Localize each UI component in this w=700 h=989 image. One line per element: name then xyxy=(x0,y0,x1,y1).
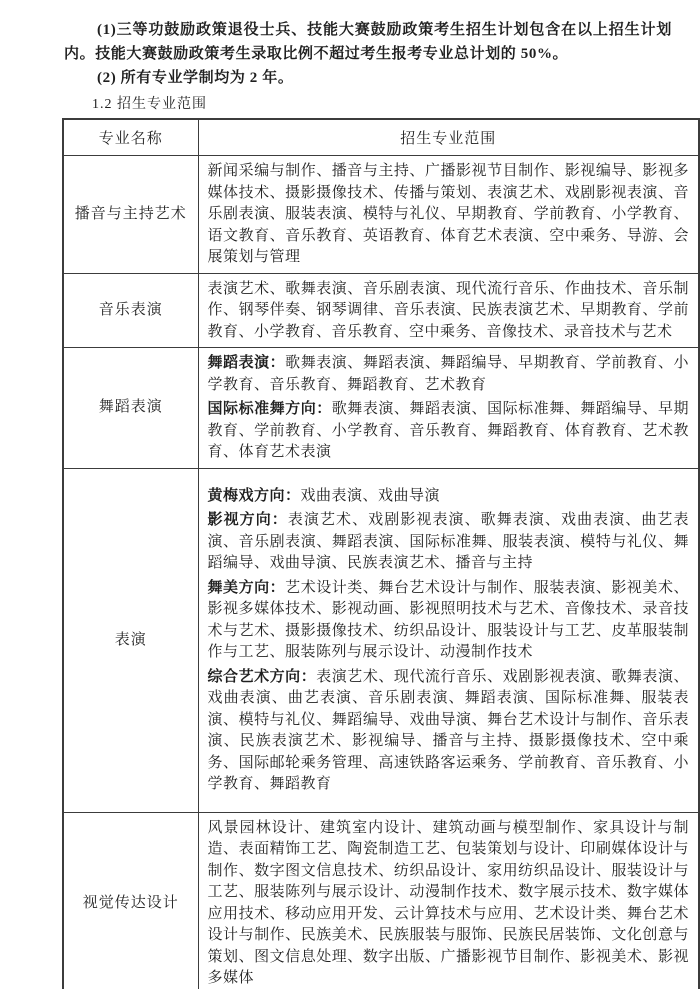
table-row: 播音与主持艺术 新闻采编与制作、播音与主持、广播影视节目制作、影视编导、影视多媒… xyxy=(63,156,699,274)
range-paragraph: 影视方向：表演艺术、戏剧影视表演、歌舞表演、戏曲表演、曲艺表演、音乐剧表演、舞蹈… xyxy=(208,510,690,575)
table-row: 表演 黄梅戏方向：戏曲表演、戏曲导演 影视方向：表演艺术、戏剧影视表演、歌舞表演… xyxy=(63,468,699,812)
range-paragraph: 舞蹈表演：歌舞表演、舞蹈表演、舞蹈编导、早期教育、学前教育、小学教育、音乐教育、… xyxy=(208,353,690,396)
admission-majors-table: 专业名称 招生专业范围 播音与主持艺术 新闻采编与制作、播音与主持、广播影视节目… xyxy=(62,118,700,989)
major-range-cell: 黄梅戏方向：戏曲表演、戏曲导演 影视方向：表演艺术、戏剧影视表演、歌舞表演、戏曲… xyxy=(198,468,699,812)
range-paragraph: 舞美方向：艺术设计类、舞台艺术设计与制作、服装表演、影视美术、影视多媒体技术、影… xyxy=(208,578,690,664)
range-text: 表演艺术、歌舞表演、音乐剧表演、现代流行音乐、作曲技术、音乐制作、钢琴伴奏、钢琴… xyxy=(208,281,690,340)
range-text: 风景园林设计、建筑室内设计、建筑动画与模型制作、家具设计与制造、表面精饰工艺、陶… xyxy=(208,820,690,987)
direction-label: 国际标准舞方向： xyxy=(208,401,332,417)
direction-label: 舞美方向： xyxy=(208,580,286,596)
major-range-cell: 舞蹈表演：歌舞表演、舞蹈表演、舞蹈编导、早期教育、学前教育、小学教育、音乐教育、… xyxy=(198,348,699,469)
section-heading: 1.2 招生专业范围 xyxy=(92,93,700,113)
range-paragraph: 表演艺术、歌舞表演、音乐剧表演、现代流行音乐、作曲技术、音乐制作、钢琴伴奏、钢琴… xyxy=(208,279,690,344)
col-header-major-range: 招生专业范围 xyxy=(198,119,699,156)
note-paragraph-1: (1)三等功鼓励政策退役士兵、技能大赛鼓励政策考生招生计划包含在以上招生计划内。… xyxy=(64,18,672,66)
table-row: 舞蹈表演 舞蹈表演：歌舞表演、舞蹈表演、舞蹈编导、早期教育、学前教育、小学教育、… xyxy=(63,348,699,469)
major-name-cell: 舞蹈表演 xyxy=(63,348,198,469)
range-paragraph: 黄梅戏方向：戏曲表演、戏曲导演 xyxy=(208,486,690,508)
range-paragraph: 风景园林设计、建筑室内设计、建筑动画与模型制作、家具设计与制造、表面精饰工艺、陶… xyxy=(208,818,690,989)
range-text: 表演艺术、现代流行音乐、戏剧影视表演、歌舞表演、戏曲表演、曲艺表演、音乐剧表演、… xyxy=(208,669,690,793)
table-row: 视觉传达设计 风景园林设计、建筑室内设计、建筑动画与模型制作、家具设计与制造、表… xyxy=(63,812,699,989)
document-page: (1)三等功鼓励政策退役士兵、技能大赛鼓励政策考生招生计划包含在以上招生计划内。… xyxy=(0,0,700,989)
major-range-cell: 风景园林设计、建筑室内设计、建筑动画与模型制作、家具设计与制造、表面精饰工艺、陶… xyxy=(198,812,699,989)
direction-label: 舞蹈表演： xyxy=(208,355,286,371)
table-row: 音乐表演 表演艺术、歌舞表演、音乐剧表演、现代流行音乐、作曲技术、音乐制作、钢琴… xyxy=(63,273,699,348)
range-text: 戏曲表演、戏曲导演 xyxy=(301,488,441,504)
major-range-cell: 新闻采编与制作、播音与主持、广播影视节目制作、影视编导、影视多媒体技术、摄影摄像… xyxy=(198,156,699,274)
major-name-cell: 表演 xyxy=(63,468,198,812)
range-paragraph: 综合艺术方向：表演艺术、现代流行音乐、戏剧影视表演、歌舞表演、戏曲表演、曲艺表演… xyxy=(208,667,690,796)
direction-label: 综合艺术方向： xyxy=(208,669,317,685)
range-paragraph: 新闻采编与制作、播音与主持、广播影视节目制作、影视编导、影视多媒体技术、摄影摄像… xyxy=(208,161,690,269)
note-paragraph-2: (2) 所有专业学制均为 2 年。 xyxy=(64,66,672,90)
range-paragraph: 国际标准舞方向：歌舞表演、舞蹈表演、国际标准舞、舞蹈编导、早期教育、学前教育、小… xyxy=(208,399,690,464)
table-header-row: 专业名称 招生专业范围 xyxy=(63,119,699,156)
major-name-cell: 播音与主持艺术 xyxy=(63,156,198,274)
direction-label: 影视方向： xyxy=(208,512,288,528)
direction-label: 黄梅戏方向： xyxy=(208,488,301,504)
major-name-cell: 视觉传达设计 xyxy=(63,812,198,989)
major-range-cell: 表演艺术、歌舞表演、音乐剧表演、现代流行音乐、作曲技术、音乐制作、钢琴伴奏、钢琴… xyxy=(198,273,699,348)
major-name-cell: 音乐表演 xyxy=(63,273,198,348)
col-header-major-name: 专业名称 xyxy=(63,119,198,156)
range-text: 新闻采编与制作、播音与主持、广播影视节目制作、影视编导、影视多媒体技术、摄影摄像… xyxy=(208,163,690,265)
